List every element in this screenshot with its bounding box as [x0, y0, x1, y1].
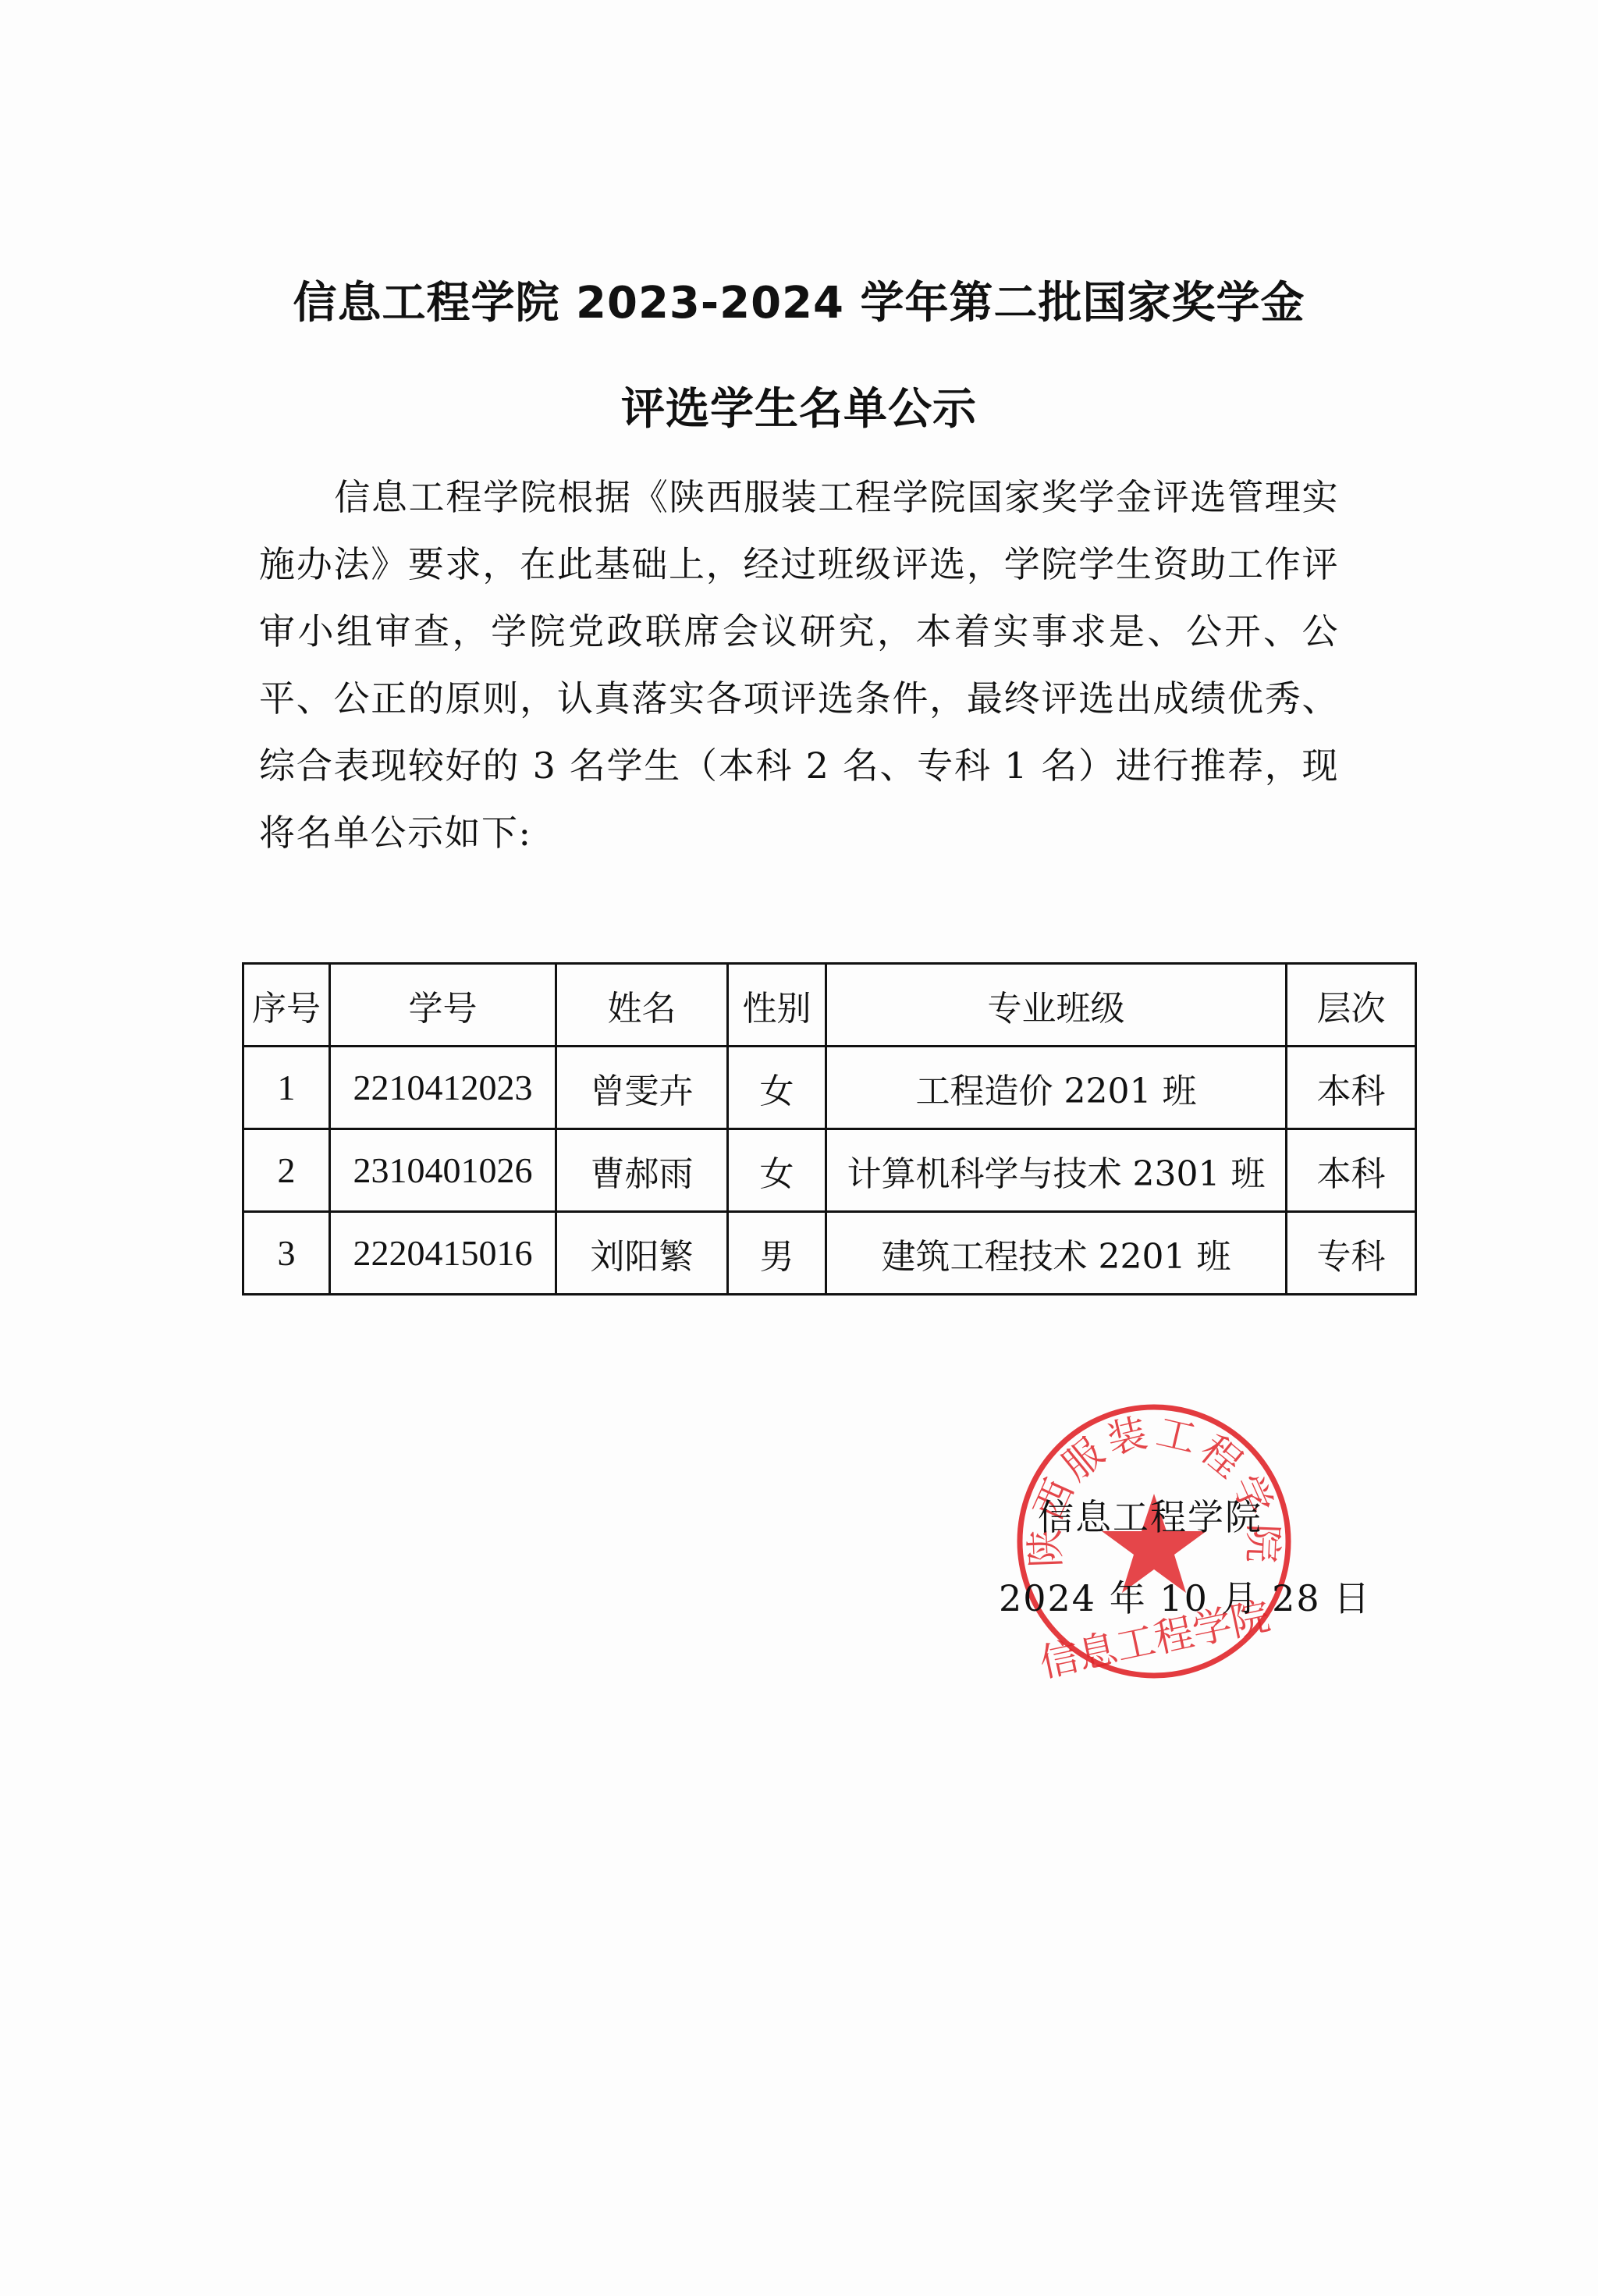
cell-index: 1 [243, 1047, 330, 1129]
cell-student-id: 2210412023 [330, 1047, 556, 1129]
cell-index: 2 [243, 1129, 330, 1212]
header-student-id: 学号 [330, 964, 556, 1047]
header-level: 层次 [1287, 964, 1416, 1047]
table-row: 1 2210412023 曾雯卉 女 工程造价 2201 班 本科 [243, 1047, 1416, 1129]
cell-name: 刘阳繁 [556, 1212, 728, 1295]
header-index: 序号 [243, 964, 330, 1047]
table-row: 3 2220415016 刘阳繁 男 建筑工程技术 2201 班 专科 [243, 1212, 1416, 1295]
cell-major-class: 建筑工程技术 2201 班 [826, 1212, 1287, 1295]
cell-index: 3 [243, 1212, 330, 1295]
cell-level: 本科 [1287, 1047, 1416, 1129]
header-major-class: 专业班级 [826, 964, 1287, 1047]
cell-major-class: 工程造价 2201 班 [826, 1047, 1287, 1129]
cell-gender: 女 [728, 1129, 826, 1212]
cell-name: 曾雯卉 [556, 1047, 728, 1129]
body-paragraph: 信息工程学院根据《陕西服装工程学院国家奖学金评选管理实施办法》要求，在此基础上，… [259, 464, 1339, 866]
cell-level: 本科 [1287, 1129, 1416, 1212]
signing-date: 2024 年 10 月 28 日 [999, 1570, 1371, 1622]
official-seal-icon: 陕西服装工程学院 信息工程学院 [1014, 1402, 1294, 1681]
table-header-row: 序号 学号 姓名 性别 专业班级 层次 [243, 964, 1416, 1047]
cell-level: 专科 [1287, 1212, 1416, 1295]
header-gender: 性别 [728, 964, 826, 1047]
table-row: 2 2310401026 曹郝雨 女 计算机科学与技术 2301 班 本科 [243, 1129, 1416, 1212]
cell-student-id: 2310401026 [330, 1129, 556, 1212]
cell-student-id: 2220415016 [330, 1212, 556, 1295]
cell-name: 曹郝雨 [556, 1129, 728, 1212]
cell-gender: 男 [728, 1212, 826, 1295]
scholarship-roster-table: 序号 学号 姓名 性别 专业班级 层次 1 2210412023 曾雯卉 女 工… [242, 962, 1417, 1295]
page-title-line-1: 信息工程学院 2023-2024 学年第二批国家奖学金 [0, 268, 1598, 331]
cell-major-class: 计算机科学与技术 2301 班 [826, 1129, 1287, 1212]
cell-gender: 女 [728, 1047, 826, 1129]
body-paragraph-text: 信息工程学院根据《陕西服装工程学院国家奖学金评选管理实施办法》要求，在此基础上，… [259, 476, 1339, 854]
header-name: 姓名 [556, 964, 728, 1047]
signing-organization: 信息工程学院 [1038, 1489, 1262, 1541]
page-title-line-2: 评选学生名单公示 [0, 375, 1598, 437]
